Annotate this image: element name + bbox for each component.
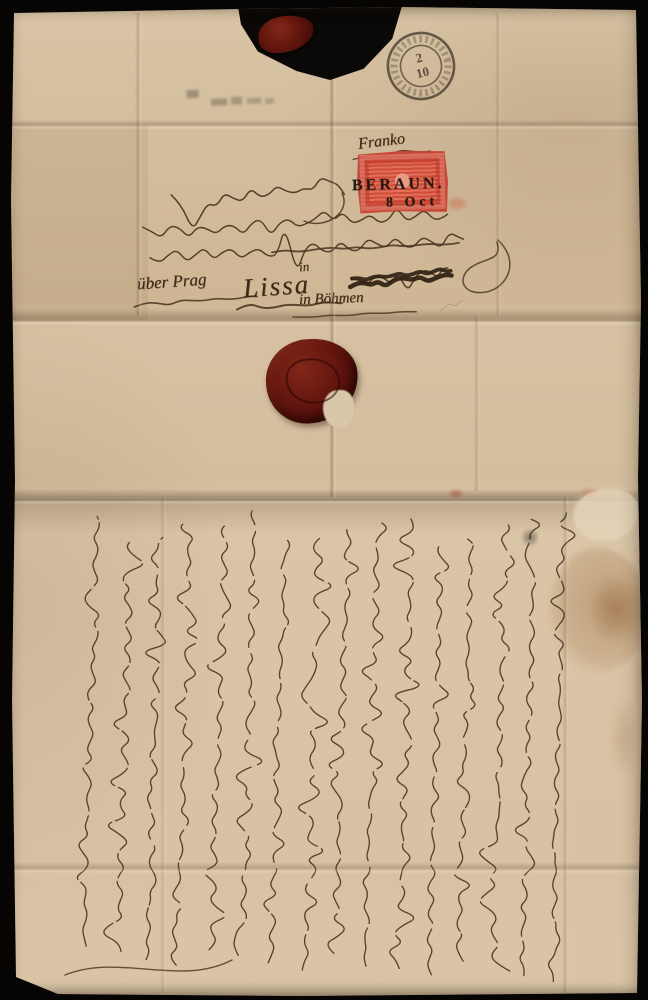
- handwriting-ink-layer: [0, 0, 648, 1000]
- letter-script-line: [146, 538, 165, 960]
- cancel-town-line: BERAUN.: [352, 175, 445, 195]
- letter-script-line: [264, 540, 290, 962]
- datestamp-month: 10: [414, 63, 430, 81]
- smudge-mark: [231, 96, 242, 105]
- letter-script-line: [427, 547, 448, 975]
- smudge-mark: [247, 97, 261, 104]
- letter-script-line: [328, 530, 358, 954]
- strike-through: [350, 275, 451, 287]
- below-fold-shadow-band: [13, 499, 643, 533]
- prepaid-note: Franko: [357, 130, 406, 154]
- strike-through: [352, 269, 451, 279]
- smudge-mark: [211, 98, 227, 106]
- region-underline: [293, 312, 416, 317]
- fold-crease-h3: [0, 489, 648, 505]
- letter-script-line: [171, 524, 198, 965]
- fold-crease-v4: [474, 316, 480, 491]
- fold-crease-h4: [0, 862, 648, 874]
- lower-sheet-tint: [13, 497, 643, 997]
- letter-script-line: [78, 517, 100, 947]
- route-underline: [134, 296, 257, 307]
- letter-script-line: [515, 519, 539, 975]
- edge-stain-low: [608, 695, 640, 780]
- address-line-1: [171, 179, 344, 226]
- struck-word-base: [352, 268, 448, 288]
- address-flourish: [304, 193, 344, 223]
- region-word: in Böhmen: [299, 290, 364, 309]
- smudge-mark: [265, 98, 274, 104]
- stamp-smear: [448, 198, 466, 209]
- smudge-mark: [186, 90, 198, 99]
- brown-stain-core: [590, 575, 645, 645]
- letter-script-line: [362, 523, 386, 966]
- address-underline-1: [272, 243, 459, 253]
- torn-patch: [574, 490, 638, 540]
- folded-letter: Franko über Prag in Lissa in Böhmen BERA…: [0, 0, 648, 1000]
- fold-crease-h2: [0, 308, 648, 326]
- ink-blot: [521, 527, 539, 548]
- letter-script-line: [480, 525, 514, 971]
- fold-crease-v3: [495, 13, 501, 316]
- offset-impression: [180, 83, 281, 118]
- letter-script-line: [549, 513, 575, 982]
- address-line-2: [143, 211, 448, 236]
- left-shading: [13, 125, 148, 320]
- letter-script-line: [390, 519, 419, 968]
- fold-crease-h1: [0, 120, 648, 130]
- letter-script-line: [104, 543, 143, 952]
- letter-script-line: [454, 539, 475, 961]
- pencil-annotation: [441, 301, 463, 311]
- letter-script-line: [299, 539, 331, 971]
- letter-script-line: [234, 511, 262, 955]
- fold-crease-v6: [562, 497, 569, 993]
- red-speck-1: [450, 490, 462, 497]
- fold-crease-v5: [160, 497, 166, 993]
- body-flourish: [65, 960, 232, 975]
- route-word: über Prag: [136, 270, 207, 295]
- address-paraph: [463, 240, 510, 293]
- letter-script-line: [205, 526, 230, 950]
- paper-edge-shading: [0, 0, 648, 1000]
- photo-background: Franko über Prag in Lissa in Böhmen BERA…: [0, 0, 648, 1000]
- brown-stain-large: [548, 548, 648, 673]
- cancel-date-line: 8 Oct: [386, 194, 439, 211]
- fold-crease-v1: [135, 13, 142, 316]
